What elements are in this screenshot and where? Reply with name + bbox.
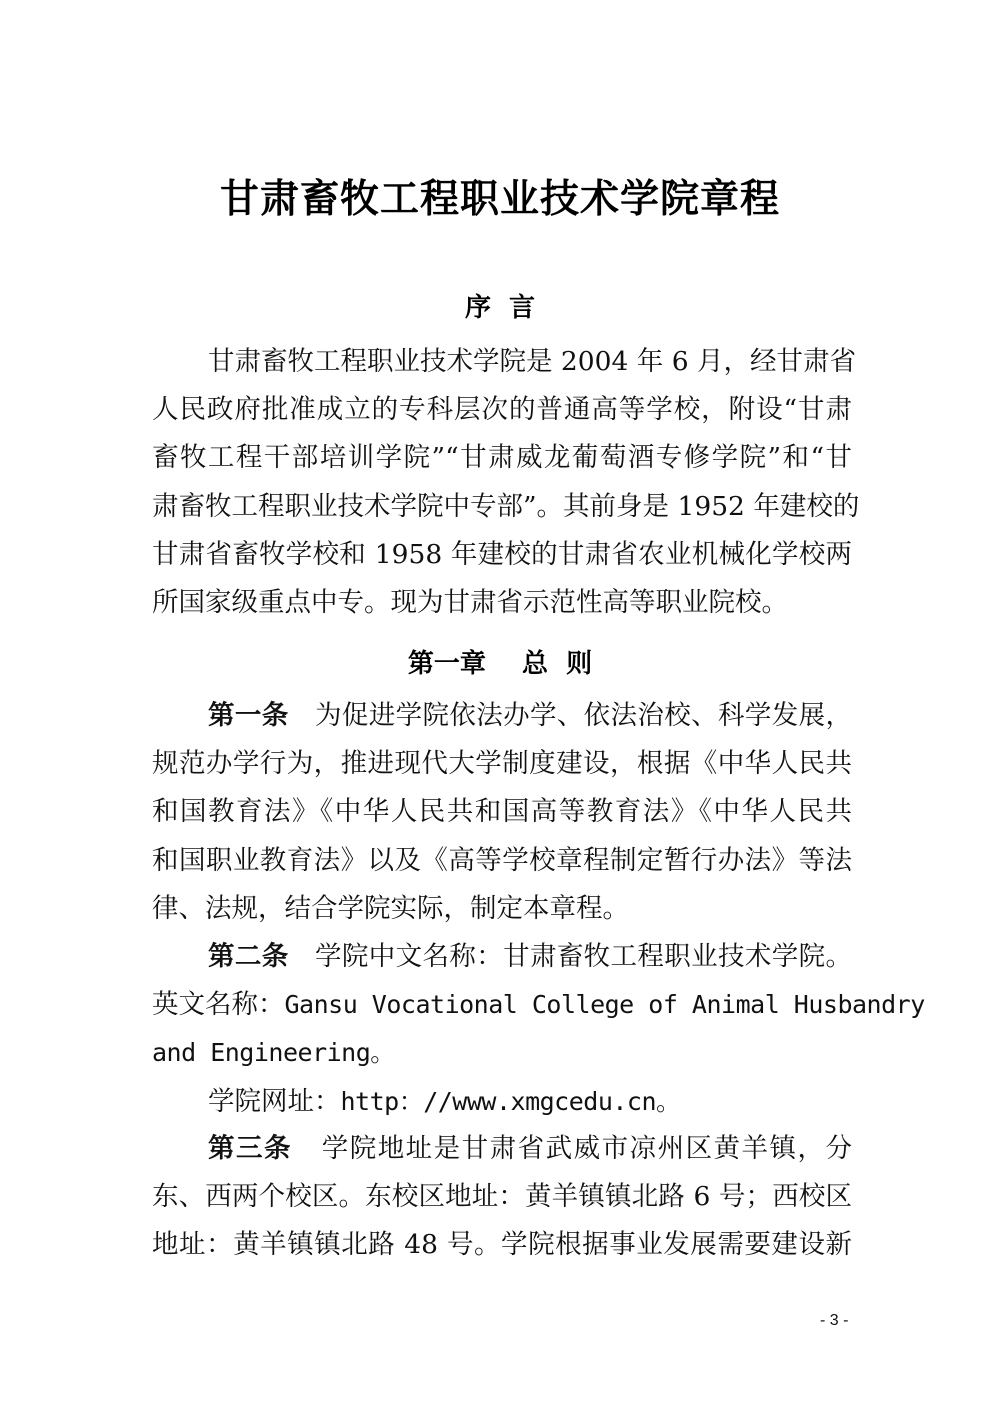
chapter-heading: 第一章 总 则 xyxy=(0,643,1000,680)
preface-line: 人民政府批准成立的专科层次的普通高等学校，附设“甘肃 xyxy=(152,386,852,434)
article-text: 学院地址是甘肃省武威市凉州区黄羊镇，分 xyxy=(322,1133,852,1164)
website-link[interactable]: http：//www.xmgcedu.cn。 xyxy=(341,1087,681,1116)
article-label: 第二条 xyxy=(208,941,289,972)
document-title: 甘肃畜牧工程职业技术学院章程 xyxy=(0,168,1000,224)
article-line: 规范办学行为，推进现代大学制度建设，根据《中华人民共 xyxy=(152,740,852,788)
article-line: 和国职业教育法》以及《高等学校章程制定暂行办法》等法 xyxy=(152,837,852,885)
article-2: 第二条 学院中文名称：甘肃畜牧工程职业技术学院。 英文名称：Gansu Voca… xyxy=(152,933,852,1126)
article-text: 学院中文名称：甘肃畜牧工程职业技术学院。 xyxy=(315,941,852,972)
article-line: 地址：黄羊镇镇北路 48 号。学院根据事业发展需要建设新 xyxy=(152,1221,852,1269)
article-line: 东、西两个校区。东校区地址：黄羊镇镇北路 6 号；西校区 xyxy=(152,1173,852,1221)
article-line: 第二条 学院中文名称：甘肃畜牧工程职业技术学院。 xyxy=(152,933,852,981)
article-line: 第一条 为促进学院依法办学、依法治校、科学发展， xyxy=(152,692,852,740)
preface-line: 甘肃畜牧工程职业技术学院是 2004 年 6 月，经甘肃省 xyxy=(152,338,852,386)
article-3: 第三条 学院地址是甘肃省武威市凉州区黄羊镇，分 东、西两个校区。东校区地址：黄羊… xyxy=(152,1125,852,1270)
article-label: 第一条 xyxy=(208,700,289,731)
article-line: 英文名称：Gansu Vocational College of Animal … xyxy=(152,981,852,1029)
document-page: 甘肃畜牧工程职业技术学院章程 序 言 甘肃畜牧工程职业技术学院是 2004 年 … xyxy=(0,0,1000,1414)
preface-line: 畜牧工程干部培训学院”“甘肃威龙葡萄酒专修学院”和“甘 xyxy=(152,434,852,482)
preface-body: 甘肃畜牧工程职业技术学院是 2004 年 6 月，经甘肃省 人民政府批准成立的专… xyxy=(152,338,852,627)
article-line: 律、法规，结合学院实际，制定本章程。 xyxy=(152,885,852,933)
article-line: 第三条 学院地址是甘肃省武威市凉州区黄羊镇，分 xyxy=(152,1125,852,1173)
article-1: 第一条 为促进学院依法办学、依法治校、科学发展， 规范办学行为，推进现代大学制度… xyxy=(152,692,852,933)
english-name-label: 英文名称： xyxy=(152,989,285,1020)
preface-line: 甘肃省畜牧学校和 1958 年建校的甘肃省农业机械化学校两 xyxy=(152,531,852,579)
page-number: - 3 - xyxy=(820,1312,848,1330)
article-line: and Engineering。 xyxy=(152,1029,852,1077)
preface-line: 所国家级重点中专。现为甘肃省示范性高等职业院校。 xyxy=(152,579,852,627)
preface-heading: 序 言 xyxy=(0,287,1000,324)
article-label: 第三条 xyxy=(208,1133,292,1164)
english-name: Gansu Vocational College of Animal Husba… xyxy=(285,990,925,1019)
preface-line: 肃畜牧工程职业技术学院中专部”。其前身是 1952 年建校的 xyxy=(152,483,852,531)
website-label: 学院网址： xyxy=(208,1086,341,1117)
website-line: 学院网址：http：//www.xmgcedu.cn。 xyxy=(152,1078,852,1126)
article-text: 为促进学院依法办学、依法治校、科学发展， xyxy=(315,700,852,731)
article-line: 和国教育法》《中华人民共和国高等教育法》《中华人民共 xyxy=(152,788,852,836)
